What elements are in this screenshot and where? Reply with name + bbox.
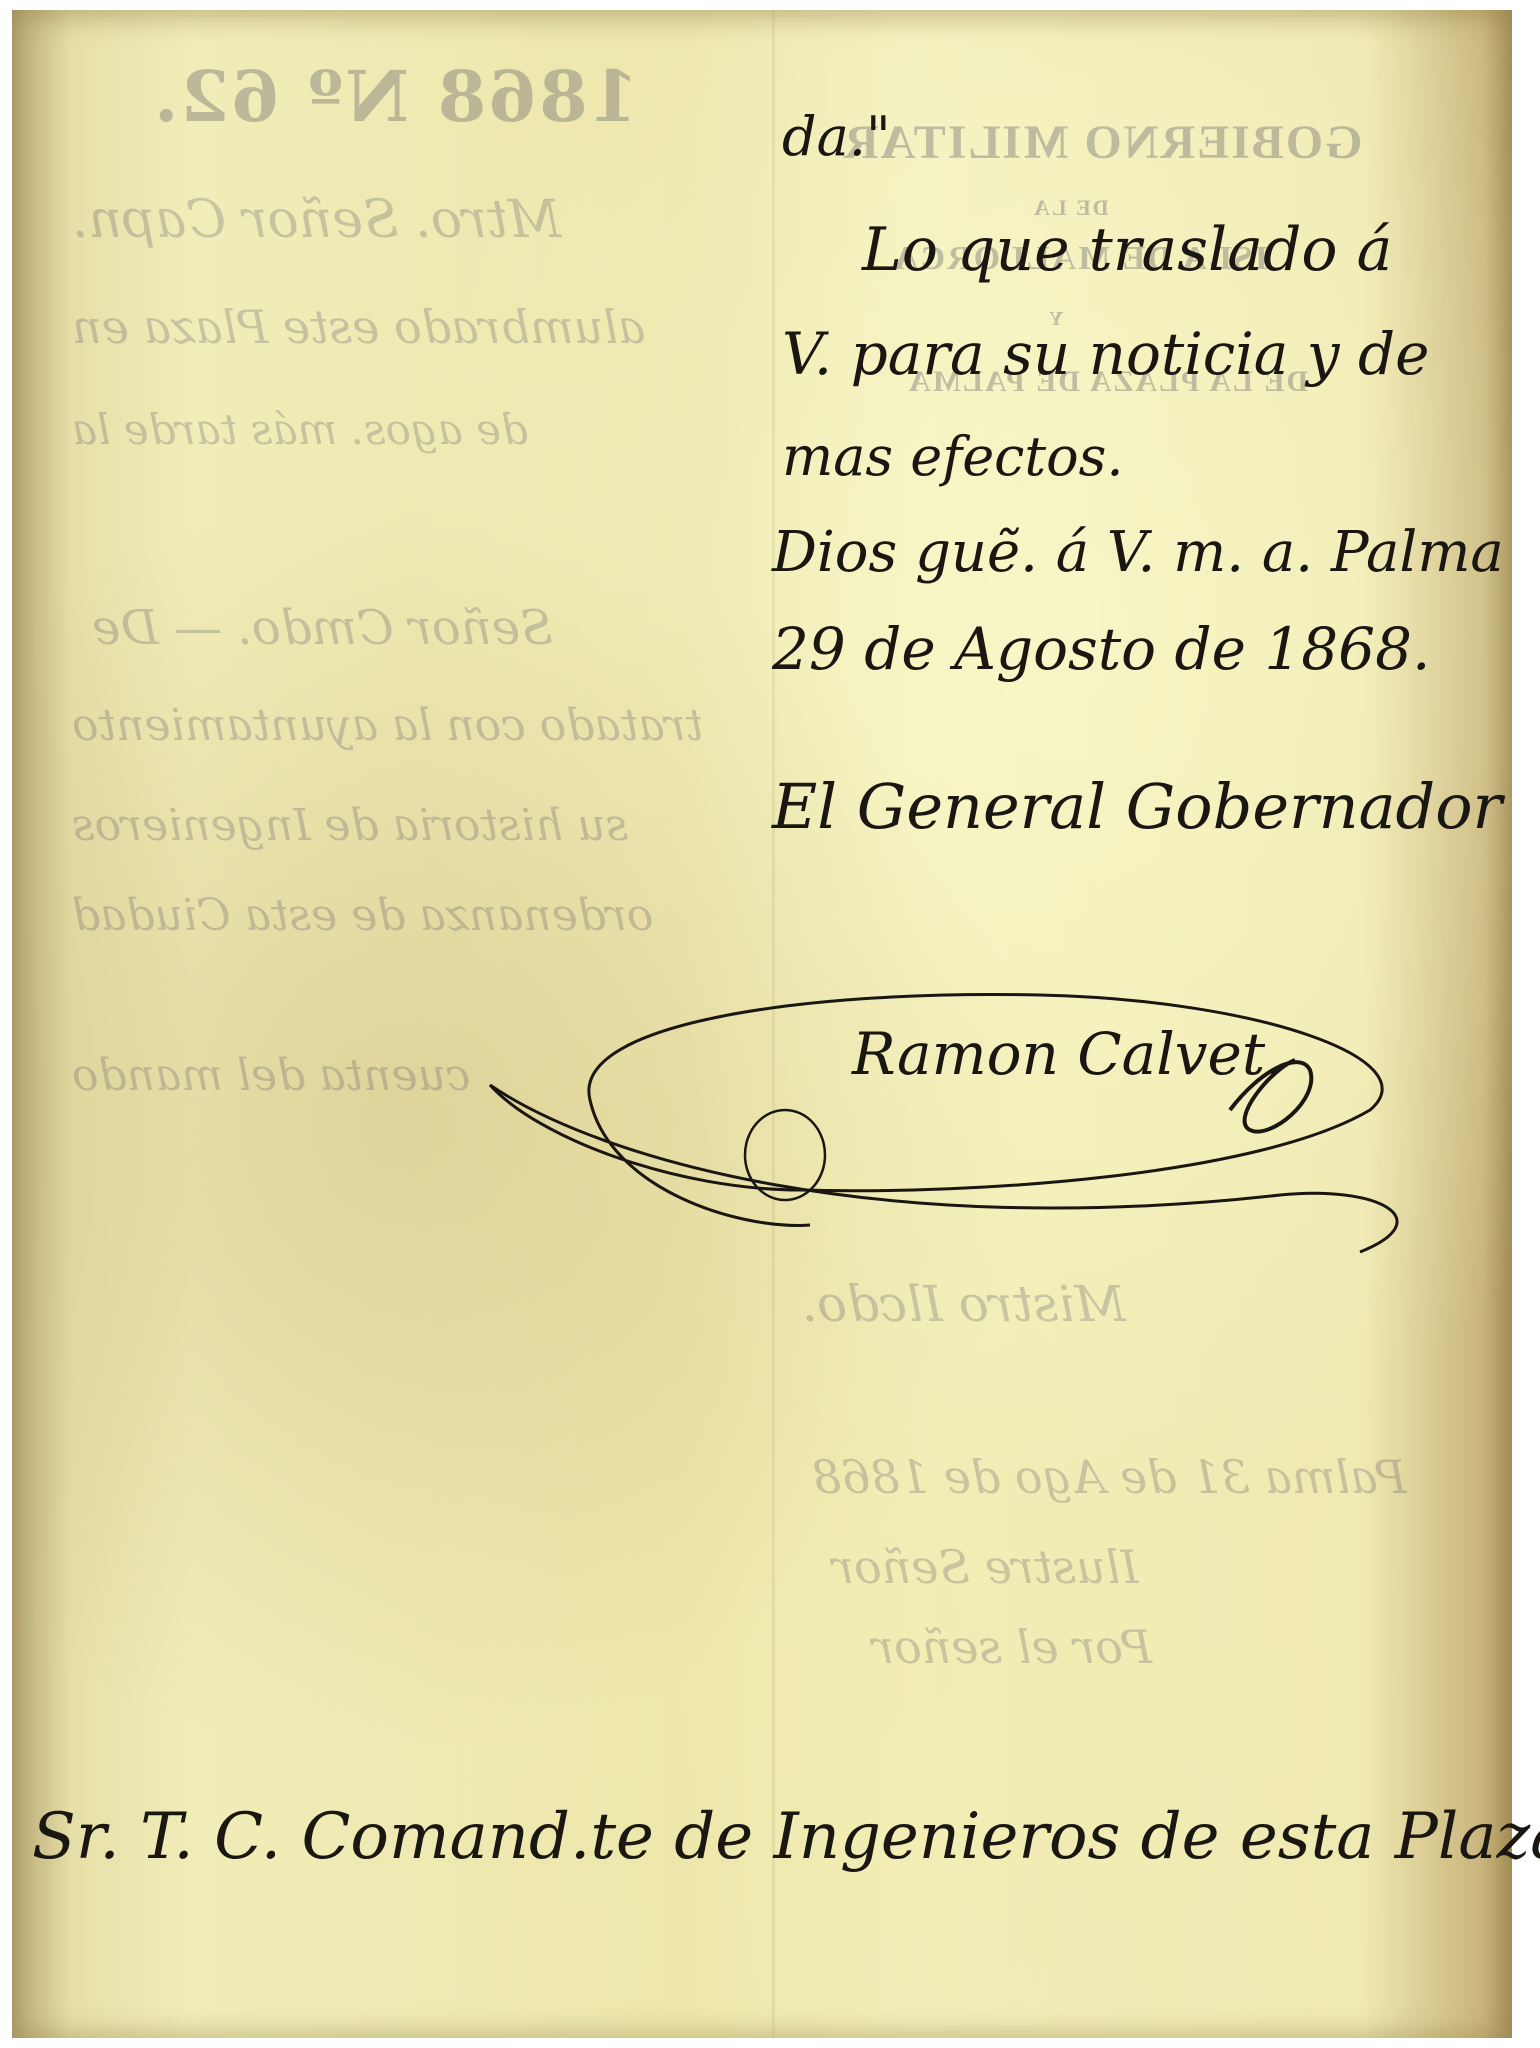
reference-number-bleed: 1868 Nº 62. bbox=[152, 55, 638, 138]
closing-title: El General Gobernador bbox=[772, 770, 1502, 843]
bleed-line: alumbrado este Plaza en bbox=[72, 300, 645, 354]
bleed-line: Palma 31 de Ago de 1868 bbox=[812, 1450, 1406, 1504]
letterhead-bleed-title: GOBIERNO MILITAR bbox=[842, 115, 1363, 170]
bleed-line: tratado con la ayuntamiento bbox=[72, 700, 703, 751]
bleed-line: Señor Cmdo. — De bbox=[92, 600, 553, 656]
text-line-3: V. para su noticia y de bbox=[782, 320, 1429, 388]
text-line-5: Dios guẽ. á V. m. a. Palma bbox=[772, 520, 1504, 585]
addressee-line: Sr. T. C. Comand.te de Ingenieros de est… bbox=[32, 1800, 1540, 1874]
text-line-4: mas efectos. bbox=[782, 425, 1124, 488]
bleed-line: su historia de Ingenieros bbox=[72, 800, 628, 851]
bleed-line: cuenta del mando bbox=[72, 1050, 470, 1101]
bleed-line: Por el señor bbox=[872, 1620, 1152, 1674]
bleed-line: Mistro Ilcdo. bbox=[802, 1275, 1126, 1333]
bleed-line: de agos. más tarde la bbox=[72, 405, 528, 454]
text-line-2: Lo que traslado á bbox=[862, 215, 1392, 285]
text-line-6-date: 29 de Agosto de 1868. bbox=[772, 615, 1430, 683]
bleed-line: Ilustre Señor bbox=[832, 1540, 1138, 1594]
signature-flourish-icon bbox=[480, 960, 1540, 1260]
text-line-1: da." bbox=[782, 105, 891, 168]
bleed-line: Mtro. Señor Capn. bbox=[72, 190, 561, 250]
bleed-line: ordenanza de esta Ciudad bbox=[72, 890, 653, 941]
